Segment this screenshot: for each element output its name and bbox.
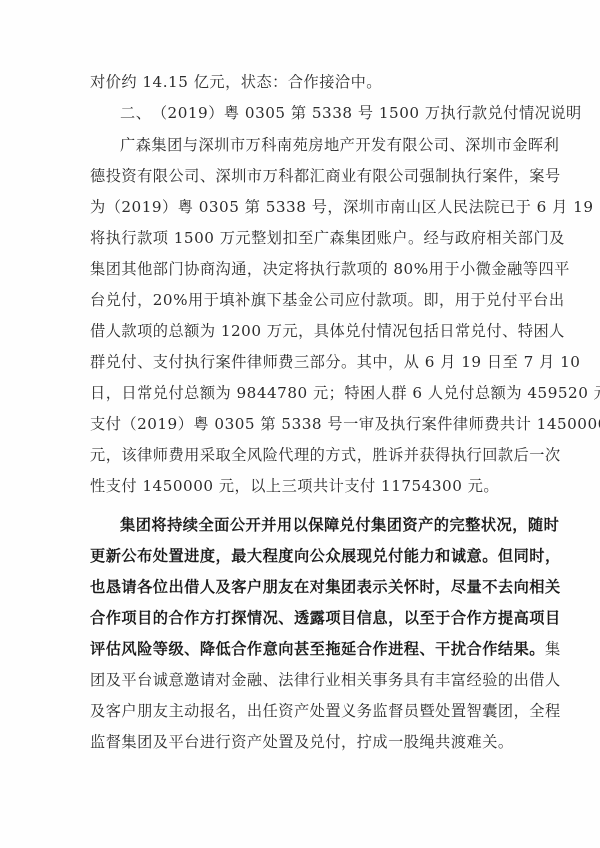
bold-paragraph-line: 合作项目的合作方打探情况、透露项目信息，以至于合作方提高项目: [90, 607, 510, 629]
document-page: 对价约 14.15 亿元，状态：合作接洽中。 二、 （2019）粤 0305 第…: [0, 0, 600, 848]
paragraph-line: 将执行款项 1500 万元整划扣至广森集团账户。经与政府相关部门及: [90, 227, 510, 249]
bold-paragraph-line: 也恳请各位出借人及客户朋友在对集团表示关怀时，尽量不去向相关: [90, 576, 510, 598]
paragraph-line: 台兑付，20%用于填补旗下基金公司应付款项。即，用于兑付平台出: [90, 289, 510, 311]
mixed-paragraph-line: 评估风险等级、降低合作意向甚至拖延合作进程、干扰合作结果。 集: [90, 638, 510, 660]
paragraph-line: 日，日常兑付总额为 9844780 元；特困人群 6 人兑付总额为 459520…: [90, 382, 510, 404]
paragraph-line: 群兑付、支付执行案件律师费三部分。其中，从 6 月 19 日至 7 月 10: [90, 351, 510, 373]
bold-paragraph-line: 更新公布处置进度，最大程度向公众展现兑付能力和诚意。但同时，: [90, 545, 510, 567]
paragraph-line: 广森集团与深圳市万科南苑房地产开发有限公司、深圳市金晖利: [120, 134, 510, 156]
paragraph-line: 团及平台诚意邀请对金融、法律行业相关事务具有丰富经验的出借人: [90, 669, 510, 691]
normal-segment: 集: [545, 638, 561, 660]
section-heading: 二、 （2019）粤 0305 第 5338 号 1500 万执行款兑付情况说明: [120, 102, 510, 124]
paragraph-line: 支付（2019）粤 0305 第 5338 号一审及执行案件律师费共计 1450…: [90, 413, 510, 435]
bold-paragraph-line: 集团将持续全面公开并用以保障兑付集团资产的完整状况，随时: [120, 514, 510, 536]
paragraph-line: 元，该律师费用采取全风险代理的方式，胜诉并获得执行回款后一次: [90, 444, 510, 466]
paragraph-line: 性支付 1450000 元，以上三项共计支付 11754300 元。: [90, 475, 510, 497]
bold-segment: 评估风险等级、降低合作意向甚至拖延合作进程、干扰合作结果。: [90, 638, 545, 660]
paragraph-line: 对价约 14.15 亿元，状态：合作接洽中。: [90, 71, 510, 93]
paragraph-line: 及客户朋友主动报名，出任资产处置义务监督员暨处置智囊团，全程: [90, 700, 510, 722]
paragraph-line: 为（2019）粤 0305 第 5338 号，深圳市南山区人民法院已于 6 月 …: [90, 196, 510, 218]
paragraph-line: 监督集团及平台进行资产处置及兑付，拧成一股绳共渡难关。: [90, 731, 510, 753]
paragraph-line: 德投资有限公司、深圳市万科都汇商业有限公司强制执行案件，案号: [90, 165, 510, 187]
paragraph-line: 借人款项的总额为 1200 万元，具体兑付情况包括日常兑付、特困人: [90, 320, 510, 342]
paragraph-line: 集团其他部门协商沟通，决定将执行款项的 80%用于小微金融等四平: [90, 258, 510, 280]
